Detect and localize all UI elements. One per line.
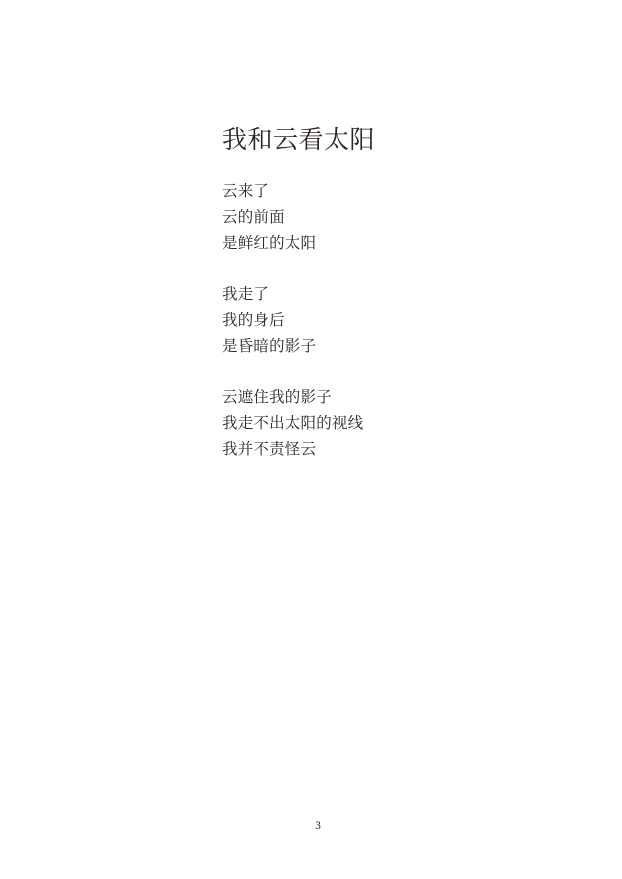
poem-stanza-1: 云来了 云的前面 是鲜红的太阳 (222, 179, 562, 257)
poem-stanza-2: 我走了 我的身后 是昏暗的影子 (222, 282, 562, 360)
poem-line: 是鲜红的太阳 (222, 231, 562, 257)
poem-line: 是昏暗的影子 (222, 334, 562, 360)
page-number: 3 (222, 819, 414, 833)
poem-line: 我走了 (222, 282, 562, 308)
poem-line: 我走不出太阳的视线 (222, 411, 562, 437)
poem-line: 我并不责怪云 (222, 437, 562, 463)
book-page: 我和云看太阳 云来了 云的前面 是鲜红的太阳 我走了 我的身后 是昏暗的影子 云… (0, 0, 622, 879)
poem-title: 我和云看太阳 (222, 127, 562, 155)
poem-stanza-3: 云遮住我的影子 我走不出太阳的视线 我并不责怪云 (222, 385, 562, 463)
poem-line: 云的前面 (222, 205, 562, 231)
poem-line: 云遮住我的影子 (222, 385, 562, 411)
poem-content: 我和云看太阳 云来了 云的前面 是鲜红的太阳 我走了 我的身后 是昏暗的影子 云… (222, 127, 562, 463)
poem-line: 云来了 (222, 179, 562, 205)
poem-line: 我的身后 (222, 308, 562, 334)
